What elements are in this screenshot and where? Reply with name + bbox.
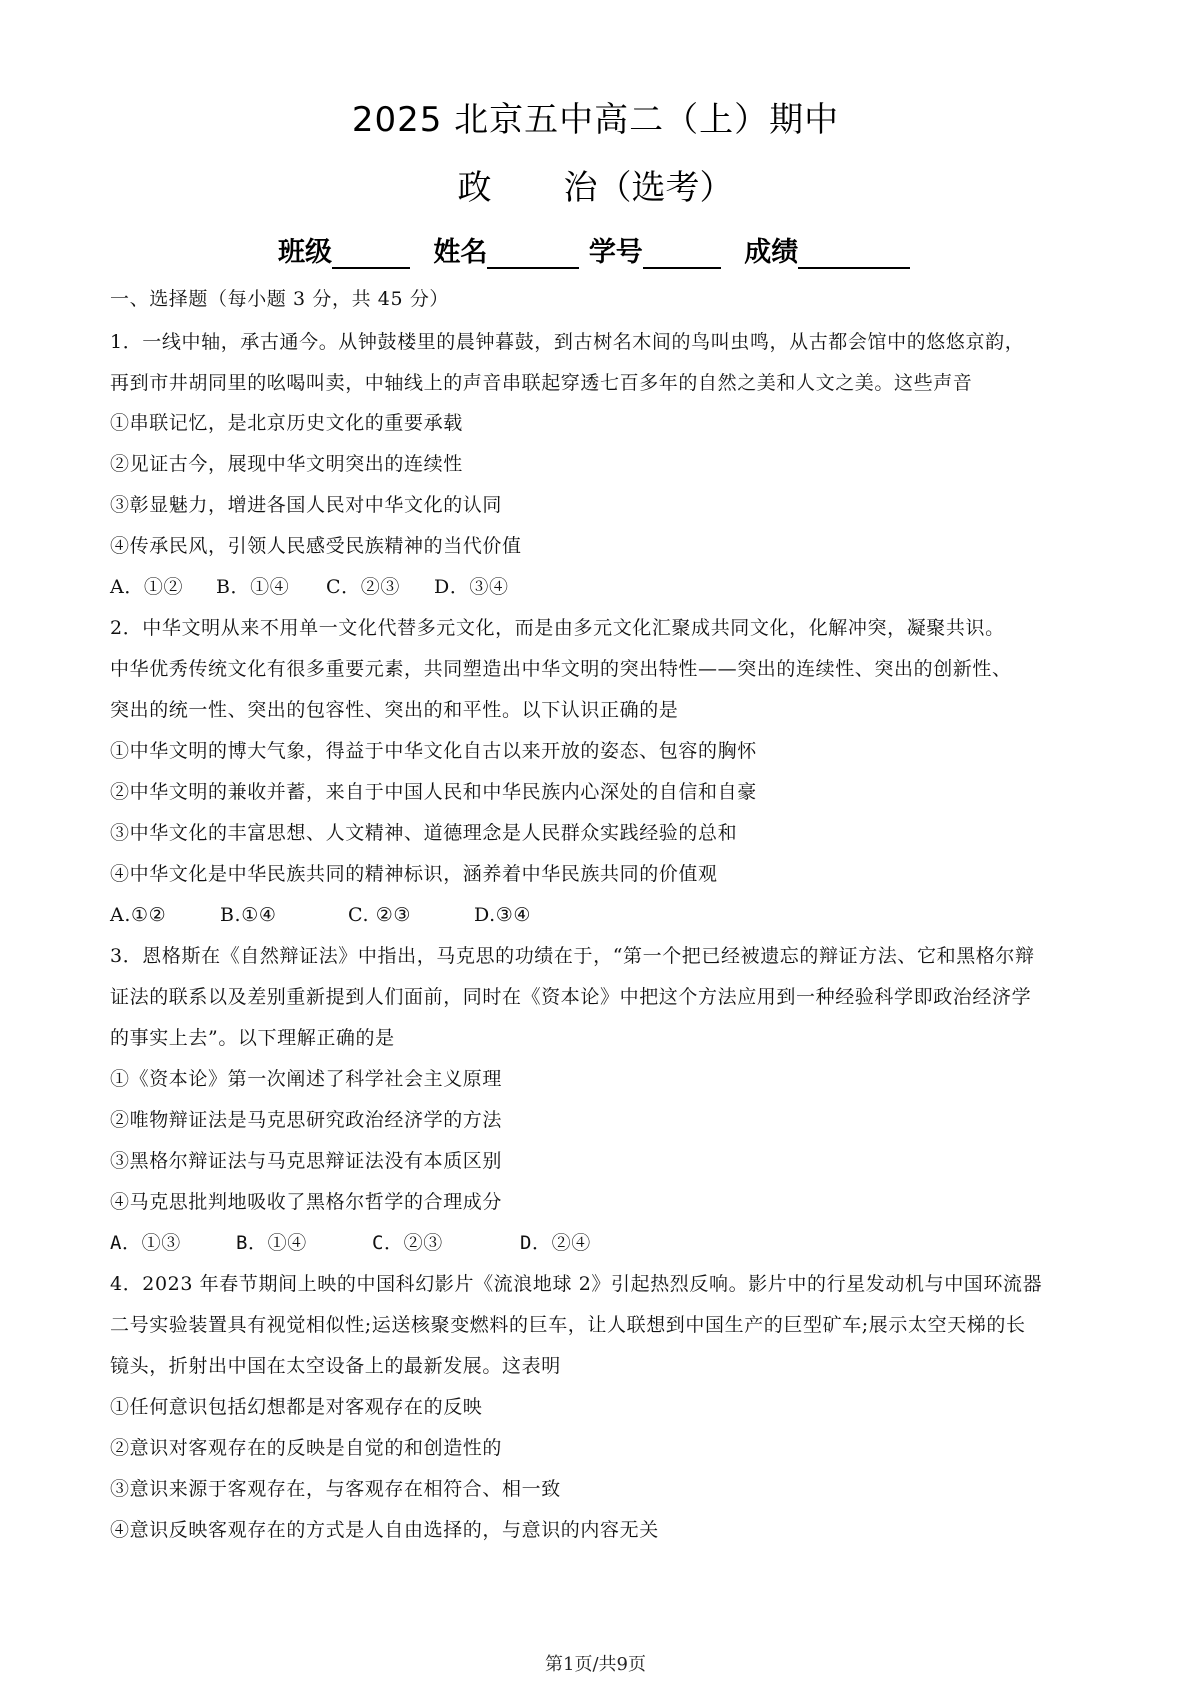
statement: ①串联记忆，是北京历史文化的重要承载 [110, 411, 463, 435]
statement: ④传承民风，引领人民感受民族精神的当代价值 [110, 534, 522, 558]
class-blank [332, 241, 410, 269]
answer-options: A．①②B．①④C．②③D．③④ [110, 575, 509, 599]
statement: ①任何意识包括幻想都是对客观存在的反映 [110, 1395, 482, 1419]
option-d: D.③④ [474, 903, 531, 927]
option-a: A．①② [110, 575, 216, 599]
statement: ②见证古今，展现中华文明突出的连续性 [110, 452, 463, 476]
statement: ③中华文化的丰富思想、人文精神、道德理念是人民群众实践经验的总和 [110, 821, 737, 845]
statement: ①《资本论》第一次阐述了科学社会主义原理 [110, 1067, 502, 1091]
student-info-row: 班级 姓名 学号 成绩 [278, 230, 924, 269]
statement: ②意识对客观存在的反映是自觉的和创造性的 [110, 1436, 502, 1460]
statement: ③黑格尔辩证法与马克思辩证法没有本质区别 [110, 1149, 502, 1173]
option-c: C．②③ [326, 575, 434, 599]
statement: ①中华文明的博大气象，得益于中华文化自古以来开放的姿态、包容的胸怀 [110, 739, 757, 763]
option-a: A．①③ [110, 1231, 236, 1255]
question-stem-line: 4．2023 年春节期间上映的中国科幻影片《流浪地球 2》引起热烈反响。影片中的… [110, 1272, 1042, 1296]
question-stem-line: 再到市井胡同里的吆喝叫卖，中轴线上的声音串联起穿透七百多年的自然之美和人文之美。… [110, 371, 972, 395]
page-number: 第1页/共9页 [0, 1650, 1191, 1676]
score-label: 成绩 [744, 237, 798, 268]
exam-subject: 政治（选考） [0, 160, 1191, 209]
question-stem-line: 3．恩格斯在《自然辩证法》中指出，马克思的功绩在于，“第一个把已经被遗忘的辩证方… [110, 944, 1035, 968]
question-stem-line: 镜头，折射出中国在太空设备上的最新发展。这表明 [110, 1354, 561, 1378]
statement: ②中华文明的兼收并蓄，来自于中国人民和中华民族内心深处的自信和自豪 [110, 780, 757, 804]
subject-right: 治（选考） [564, 168, 734, 208]
option-b: B.①④ [220, 903, 348, 927]
statement: ④意识反映客观存在的方式是人自由选择的，与意识的内容无关 [110, 1518, 659, 1542]
option-c: C. ②③ [348, 903, 474, 927]
score-blank [798, 241, 910, 269]
class-label: 班级 [278, 237, 332, 268]
statement: ②唯物辩证法是马克思研究政治经济学的方法 [110, 1108, 502, 1132]
option-d: D．③④ [434, 575, 509, 599]
question-stem-line: 2．中华文明从来不用单一文化代替多元文化，而是由多元文化汇聚成共同文化，化解冲突… [110, 616, 1005, 640]
question-stem-line: 的事实上去”。以下理解正确的是 [110, 1026, 395, 1050]
exam-title: 2025 北京五中高二（上）期中 [0, 92, 1191, 141]
student-id-blank [643, 241, 721, 269]
question-stem-line: 突出的统一性、突出的包容性、突出的和平性。以下认识正确的是 [110, 698, 678, 722]
question-stem-line: 中华优秀传统文化有很多重要元素，共同塑造出中华文明的突出特性——突出的连续性、突… [110, 657, 1012, 681]
name-blank [487, 241, 579, 269]
statement: ③彰显魅力，增进各国人民对中华文化的认同 [110, 493, 502, 517]
option-c: C．②③ [372, 1231, 520, 1255]
question-stem-line: 二号实验装置具有视觉相似性;运送核聚变燃料的巨车，让人联想到中国生产的巨型矿车;… [110, 1313, 1026, 1337]
student-id-label: 学号 [589, 237, 643, 268]
answer-options: A.①②B.①④C. ②③D.③④ [110, 903, 531, 927]
option-a: A.①② [110, 903, 220, 927]
question-stem-line: 1．一线中轴，承古通今。从钟鼓楼里的晨钟暮鼓，到古树名木间的鸟叫虫鸣，从古都会馆… [110, 330, 1024, 354]
statement: ③意识来源于客观存在，与客观存在相符合、相一致 [110, 1477, 561, 1501]
option-b: B．①④ [236, 1231, 372, 1255]
section-heading: 一、选择题（每小题 3 分，共 45 分） [110, 287, 449, 311]
option-b: B．①④ [216, 575, 326, 599]
subject-left: 政 [458, 168, 492, 208]
name-label: 姓名 [433, 237, 487, 268]
question-stem-line: 证法的联系以及差别重新提到人们面前，同时在《资本论》中把这个方法应用到一种经验科… [110, 985, 1031, 1009]
statement: ④中华文化是中华民族共同的精神标识，涵养着中华民族共同的价值观 [110, 862, 718, 886]
answer-options: A．①③B．①④C．②③D．②④ [110, 1231, 591, 1255]
option-d: D．②④ [520, 1231, 591, 1255]
statement: ④马克思批判地吸收了黑格尔哲学的合理成分 [110, 1190, 502, 1214]
